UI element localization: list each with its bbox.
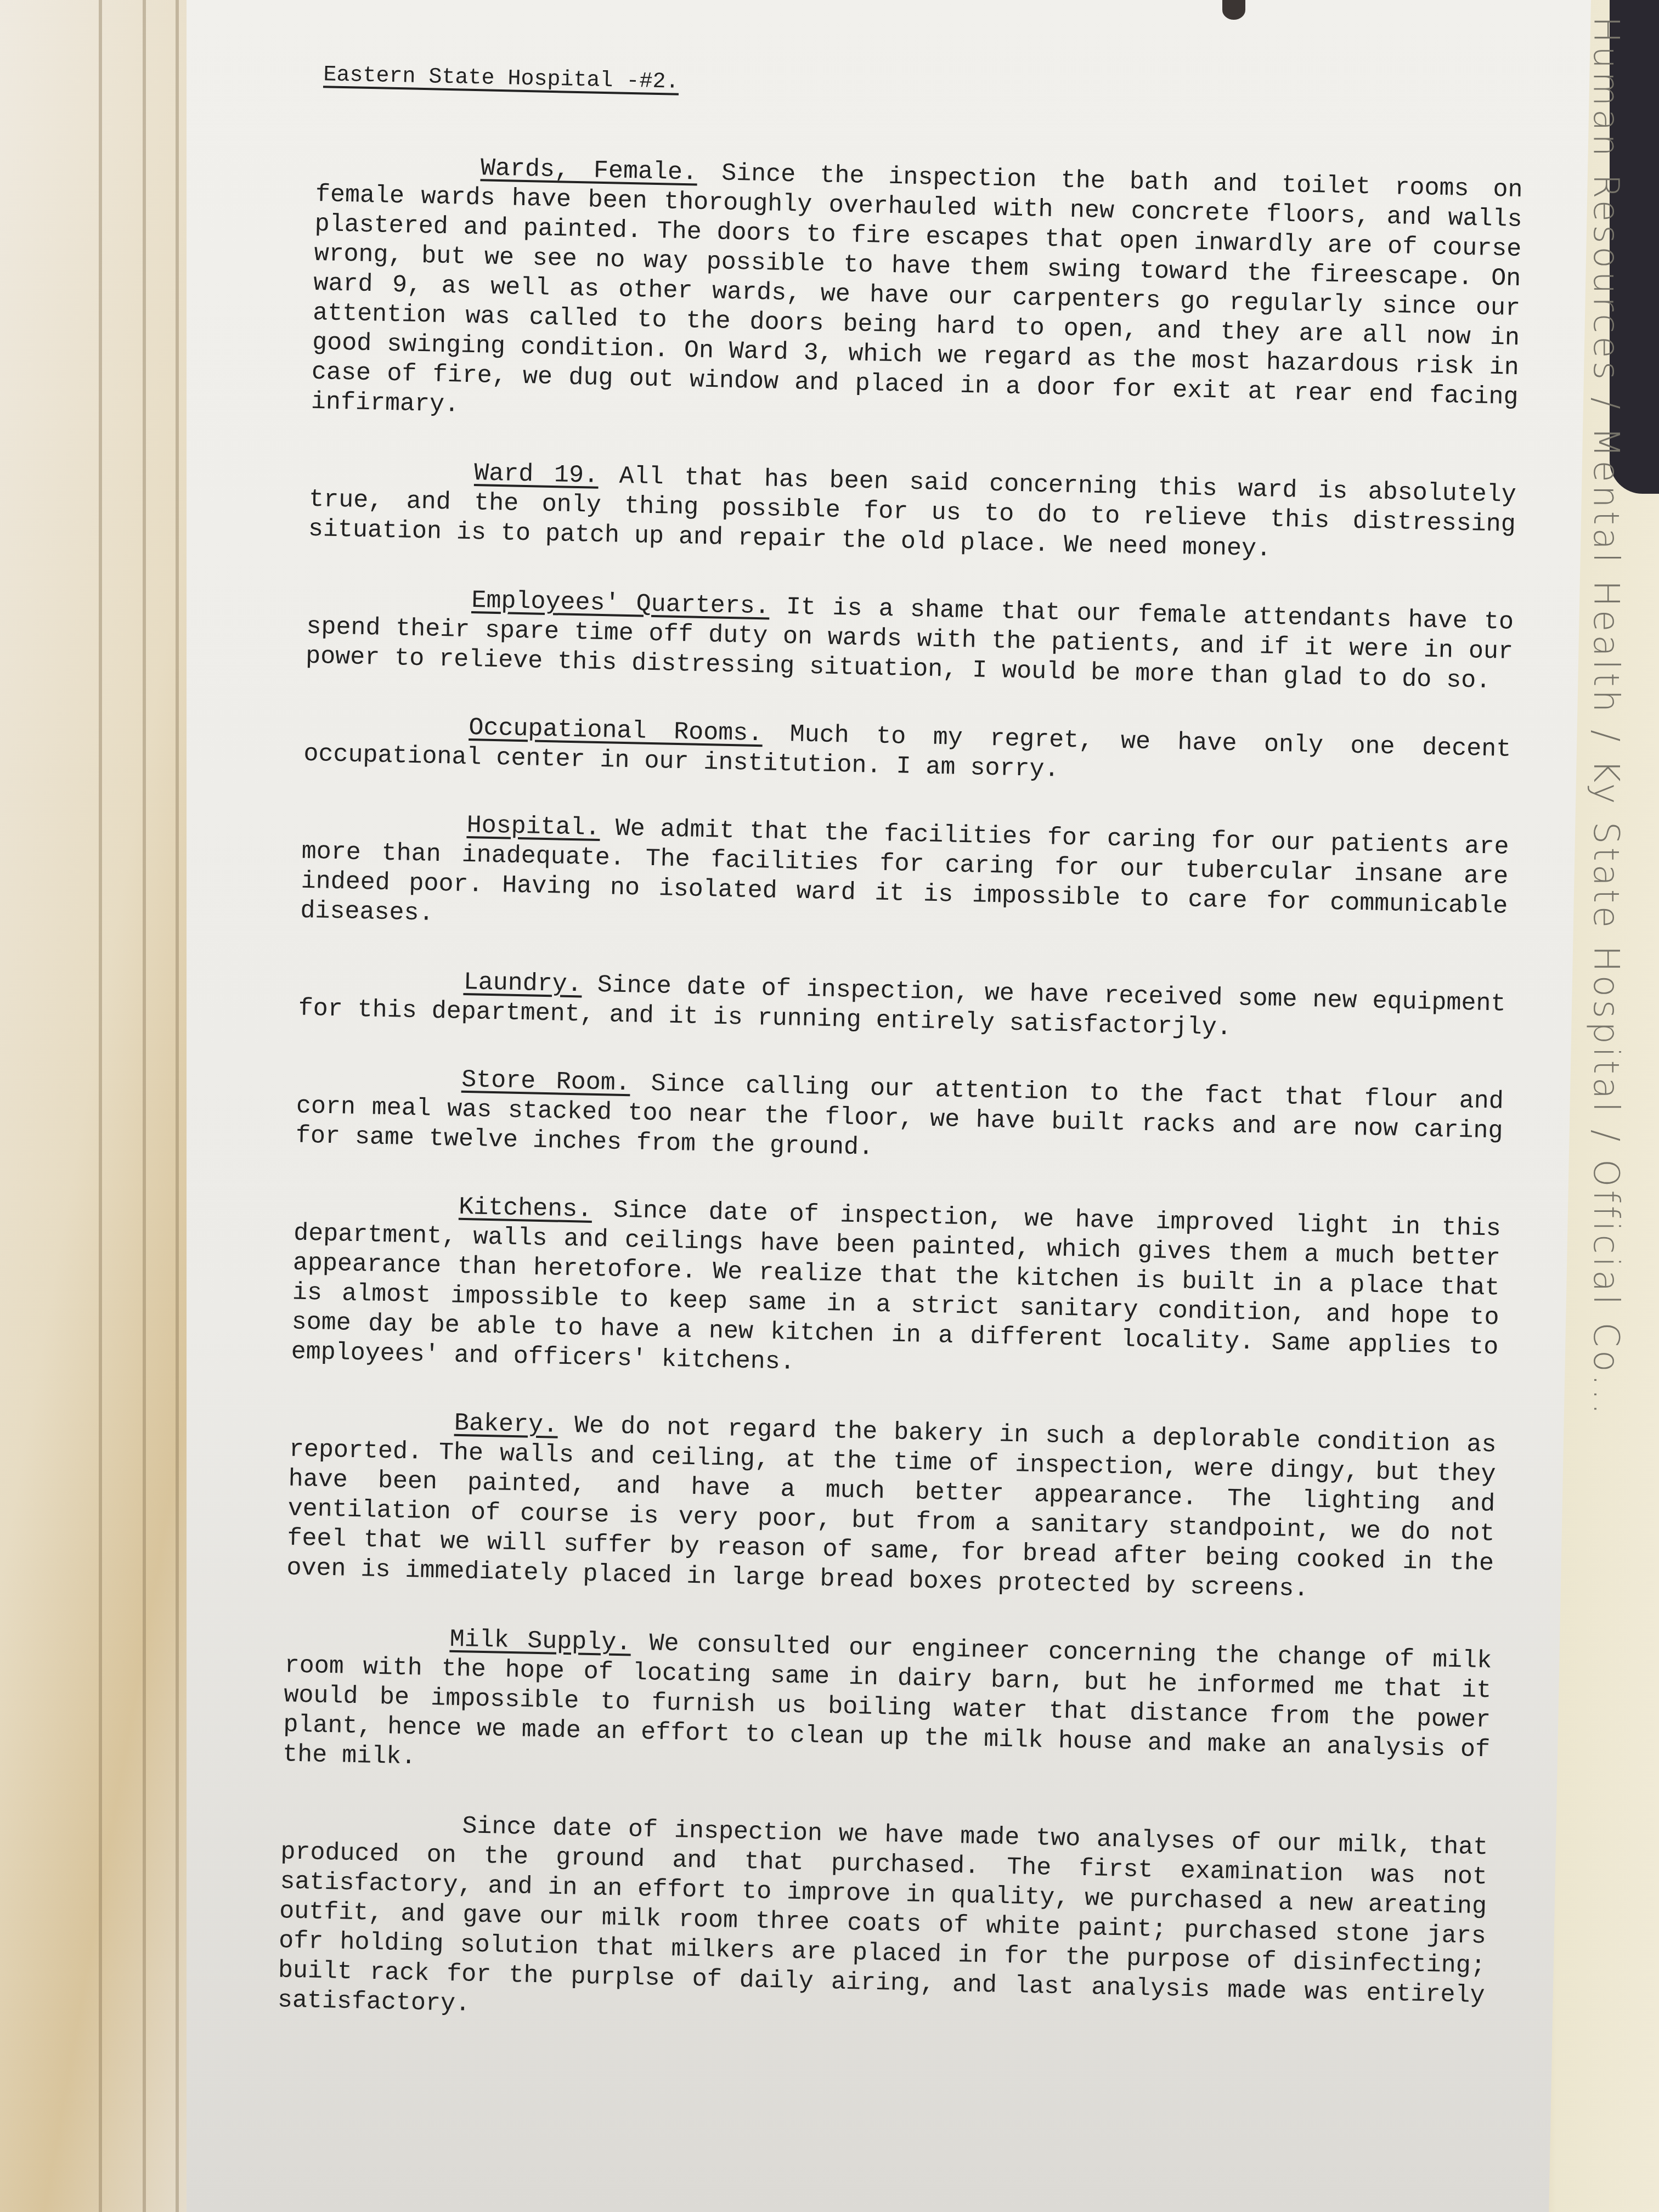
section-milk-analyses: Since date of inspection we have made tw… xyxy=(277,1808,1488,2040)
section-occupational-rooms: Occupational Rooms. Much to my regret, w… xyxy=(303,710,1511,794)
section-title: Ward 19. xyxy=(474,459,599,490)
section-laundry: Laundry. Since date of inspection, we ha… xyxy=(298,964,1506,1049)
section-milk-supply: Milk Supply. We consulted our engineer c… xyxy=(283,1621,1492,1795)
section-title: Kitchens. xyxy=(459,1193,592,1224)
section-body: Since date of inspection we have made tw… xyxy=(277,1812,1488,2018)
section-body: Since the inspection the bath and toilet… xyxy=(311,159,1523,419)
page-edge xyxy=(99,0,102,2212)
punch-hole xyxy=(1222,0,1245,20)
section-body: We do not regard the bakery in such a de… xyxy=(286,1412,1497,1603)
section-title: Employees' Quarters. xyxy=(471,586,770,620)
section-title: Hospital. xyxy=(466,811,600,842)
section-title: Occupational Rooms. xyxy=(469,714,763,748)
page-header: Eastern State Hospital -#2. xyxy=(323,60,1525,115)
page-edge xyxy=(176,0,179,2212)
section-title: Milk Supply. xyxy=(449,1626,631,1657)
typed-page: Eastern State Hospital -#2. Wards, Femal… xyxy=(187,0,1591,2212)
section-store-room: Store Room. Since calling our attention … xyxy=(295,1062,1504,1176)
section-title: Store Room. xyxy=(461,1066,631,1097)
section-title: Bakery. xyxy=(454,1409,558,1440)
section-hospital: Hospital. We admit that the facilities f… xyxy=(300,808,1509,951)
section-body: Since date of inspection, we have improv… xyxy=(291,1197,1501,1376)
section-ward-19: Ward 19. All that has been said concerni… xyxy=(308,455,1517,569)
section-bakery: Bakery. We do not regard the bakery in s… xyxy=(286,1405,1497,1608)
folder-handwritten-label: Human Resources / Mental Health / Ky Sta… xyxy=(1585,16,1626,1443)
page-content: Eastern State Hospital -#2. Wards, Femal… xyxy=(276,60,1525,2079)
section-title: Laundry. xyxy=(463,968,582,999)
section-kitchens: Kitchens. Since date of inspection, we h… xyxy=(291,1189,1501,1392)
page-edge xyxy=(143,0,146,2212)
section-employees-quarters: Employees' Quarters. It is a shame that … xyxy=(306,583,1514,697)
section-title: Wards, Female. xyxy=(480,154,697,187)
section-wards-female: Wards, Female. Since the inspection the … xyxy=(311,150,1523,442)
